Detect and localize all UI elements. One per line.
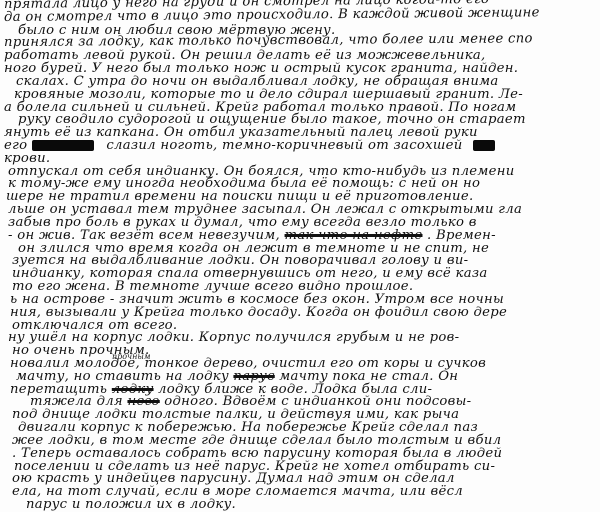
manuscript-page: прятала лицо у него на груди и он смотре… (0, 0, 600, 512)
redacted-block (32, 140, 94, 151)
redacted-block (473, 140, 495, 151)
line-text-after: слазил ноготь, темно-коричневый от засох… (106, 138, 462, 153)
text-line: парус и положил их в лодку. (26, 497, 236, 512)
text-line: его слазил ноготь, темно-коричневый от з… (4, 138, 495, 153)
